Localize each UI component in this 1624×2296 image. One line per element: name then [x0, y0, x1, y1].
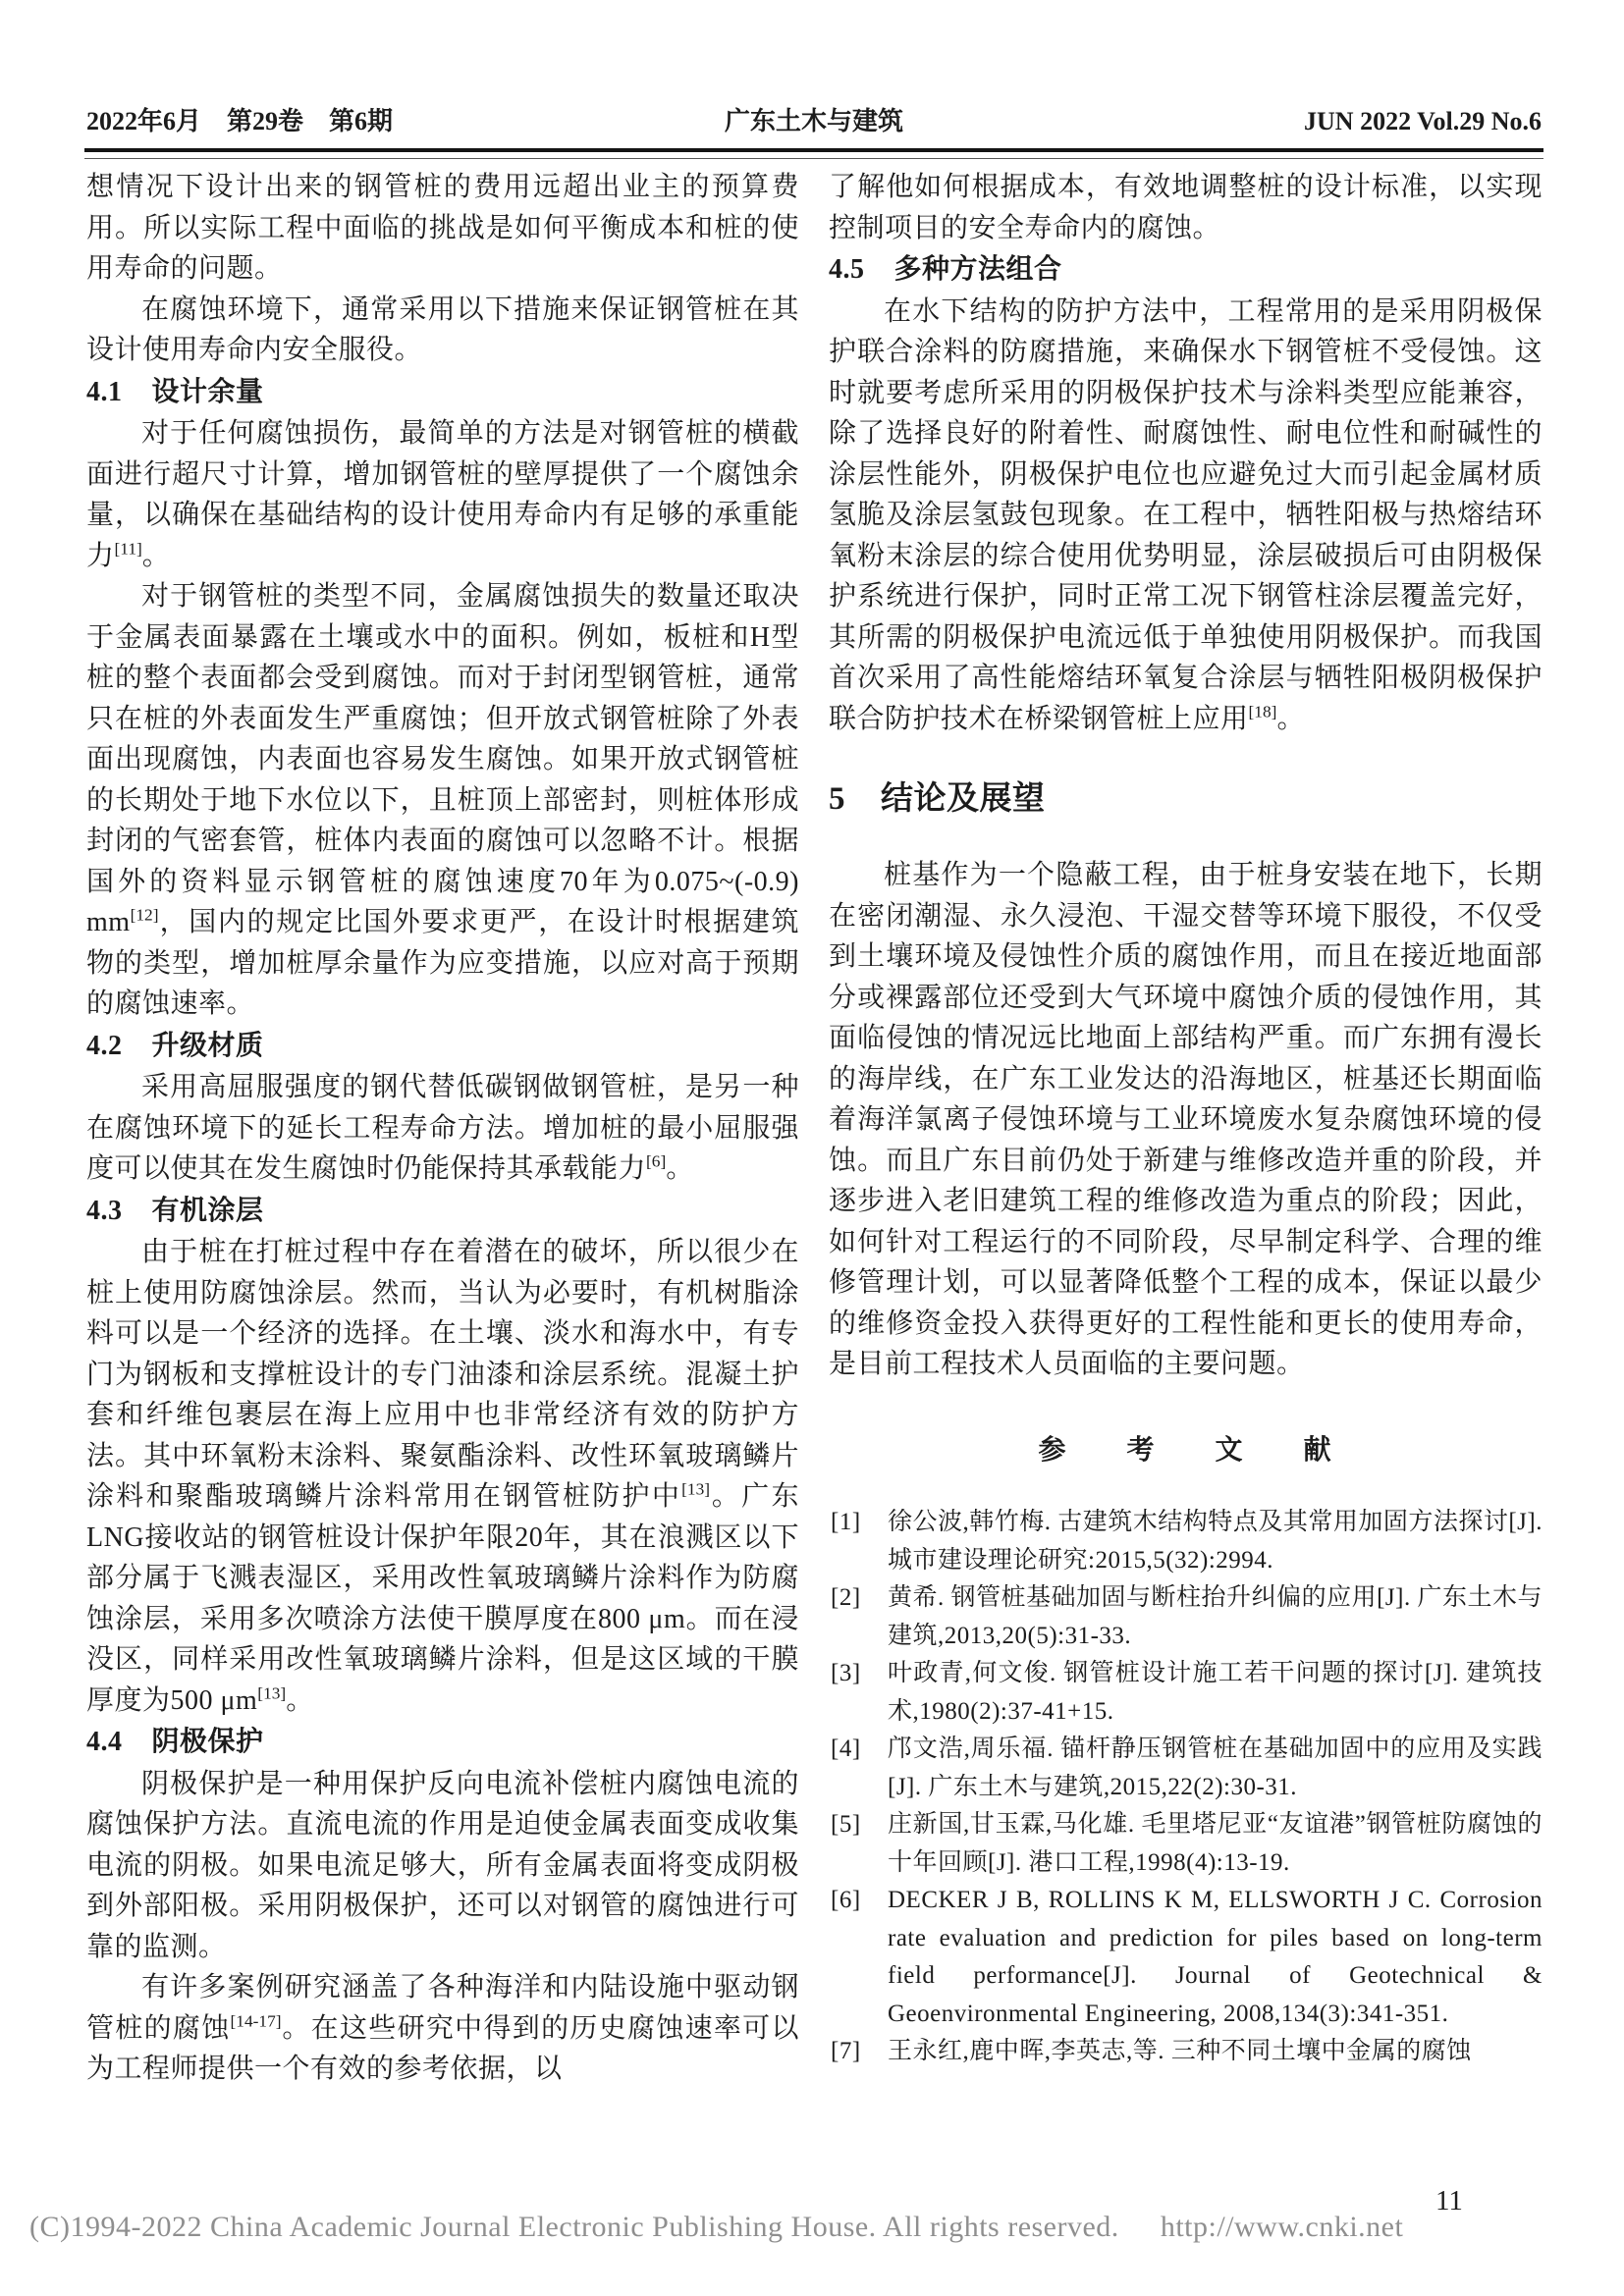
copyright-footer: (C)1994-2022 China Academic Journal Elec… [29, 2211, 1600, 2244]
section-number: 4.2 [86, 1031, 123, 1061]
body-paragraph: 对于任何腐蚀损伤，最简单的方法是对钢管桩的横截面进行超尺寸计算，增加钢管桩的壁厚… [86, 413, 799, 576]
body-paragraph: 了解他如何根据成本，有效地调整桩的设计标准，以实现控制项目的安全寿命内的腐蚀。 [829, 167, 1543, 248]
body-paragraph: 有许多案例研究涵盖了各种海洋和内陆设施中驱动钢管桩的腐蚀[14-17]。在这些研… [86, 1967, 799, 2090]
reference-text: 庄新国,甘玉霖,马化雄. 毛里塔尼亚“友谊港”钢管桩防腐蚀的十年回顾[J]. 港… [888, 1806, 1543, 1882]
section-number: 4.1 [86, 377, 123, 407]
section-number: 4.3 [86, 1196, 123, 1226]
references-heading: 参 考 文 献 [829, 1430, 1543, 1471]
section-title: 多种方法组合 [894, 254, 1062, 285]
section-number: 4.5 [829, 254, 865, 285]
copyright-text: (C)1994-2022 China Academic Journal Elec… [29, 2211, 1119, 2243]
reference-item: [4]邝文浩,周乐福. 锚杆静压钢管桩在基础加固中的应用及实践[J]. 广东土木… [829, 1731, 1543, 1806]
section-title: 升级材质 [152, 1031, 264, 1061]
chapter-heading: 5结论及展望 [829, 778, 1543, 820]
issue-info-en: JUN 2022 Vol.29 No.6 [1304, 104, 1542, 139]
right-column: 了解他如何根据成本，有效地调整桩的设计标准，以实现控制项目的安全寿命内的腐蚀。4… [829, 167, 1543, 2071]
section-title: 结论及展望 [881, 781, 1046, 817]
reference-item: [7]王永红,鹿中晖,李英志,等. 三种不同土壤中金属的腐蚀 [829, 2033, 1543, 2071]
body-paragraph: 在水下结构的防护方法中，工程常用的是采用阴极保护联合涂料的防腐措施，来确保水下钢… [829, 292, 1543, 740]
section-heading: 4.4阴极保护 [86, 1722, 799, 1763]
header-rule-thin [84, 158, 1543, 159]
reference-number: [7] [831, 2033, 861, 2071]
running-head: 2022年6月 第29卷 第6期 广东土木与建筑 JUN 2022 Vol.29… [86, 104, 1542, 139]
body-paragraph: 阴极保护是一种用保护反向电流补偿桩内腐蚀电流的腐蚀保护方法。直流电流的作用是迫使… [86, 1764, 799, 1968]
reference-item: [1]徐公波,韩竹梅. 古建筑木结构特点及其常用加固方法探讨[J]. 城市建设理… [829, 1504, 1543, 1579]
reference-number: [1] [831, 1504, 861, 1542]
header-rule [84, 148, 1543, 152]
reference-number: [3] [831, 1655, 861, 1693]
reference-number: [6] [831, 1882, 861, 1920]
reference-item: [3]叶政青,何文俊. 钢管桩设计施工若干问题的探讨[J]. 建筑技术,1980… [829, 1655, 1543, 1731]
section-heading: 4.3有机涂层 [86, 1191, 799, 1232]
section-title: 有机涂层 [152, 1196, 264, 1226]
reference-number: [2] [831, 1579, 861, 1618]
body-paragraph: 桩基作为一个隐蔽工程，由于桩身安装在地下，长期在密闭潮湿、永久浸泡、干湿交替等环… [829, 855, 1543, 1385]
reference-number: [5] [831, 1806, 861, 1844]
section-number: 5 [829, 781, 845, 817]
reference-item: [2]黄希. 钢管桩基础加固与断柱抬升纠偏的应用[J]. 广东土木与建筑,201… [829, 1579, 1543, 1655]
reference-item: [6]DECKER J B, ROLLINS K M, ELLSWORTH J … [829, 1882, 1543, 2033]
section-number: 4.4 [86, 1727, 123, 1757]
section-title: 设计余量 [152, 377, 264, 407]
left-column: 想情况下设计出来的钢管桩的费用远超出业主的预算费用。所以实际工程中面临的挑战是如… [86, 167, 799, 2090]
reference-text: 邝文浩,周乐福. 锚杆静压钢管桩在基础加固中的应用及实践[J]. 广东土木与建筑… [888, 1731, 1543, 1806]
section-heading: 4.5多种方法组合 [829, 249, 1543, 291]
section-heading: 4.2升级材质 [86, 1026, 799, 1067]
body-paragraph: 采用高屈服强度的钢代替低碳钢做钢管桩，是另一种在腐蚀环境下的延长工程寿命方法。增… [86, 1067, 799, 1190]
reference-item: [5]庄新国,甘玉霖,马化雄. 毛里塔尼亚“友谊港”钢管桩防腐蚀的十年回顾[J]… [829, 1806, 1543, 1882]
reference-number: [4] [831, 1731, 861, 1769]
section-title: 阴极保护 [152, 1727, 264, 1757]
reference-text: 徐公波,韩竹梅. 古建筑木结构特点及其常用加固方法探讨[J]. 城市建设理论研究… [888, 1504, 1543, 1579]
reference-text: 王永红,鹿中晖,李英志,等. 三种不同土壤中金属的腐蚀 [888, 2033, 1543, 2071]
body-paragraph: 想情况下设计出来的钢管桩的费用远超出业主的预算费用。所以实际工程中面临的挑战是如… [86, 167, 799, 290]
reference-text: 黄希. 钢管桩基础加固与断柱抬升纠偏的应用[J]. 广东土木与建筑,2013,2… [888, 1579, 1543, 1655]
reference-text: 叶政青,何文俊. 钢管桩设计施工若干问题的探讨[J]. 建筑技术,1980(2)… [888, 1655, 1543, 1731]
journal-page: 2022年6月 第29卷 第6期 广东土木与建筑 JUN 2022 Vol.29… [0, 0, 1624, 2296]
body-paragraph: 由于桩在打桩过程中存在着潜在的破坏，所以很少在桩上使用防腐蚀涂层。然而，当认为必… [86, 1232, 799, 1721]
reference-text: DECKER J B, ROLLINS K M, ELLSWORTH J C. … [888, 1882, 1543, 2033]
body-paragraph: 在腐蚀环境下，通常采用以下措施来保证钢管桩在其设计使用寿命内安全服役。 [86, 290, 799, 371]
cnki-url: http://www.cnki.net [1161, 2211, 1404, 2243]
body-paragraph: 对于钢管桩的类型不同，金属腐蚀损失的数量还取决于金属表面暴露在土壤或水中的面积。… [86, 576, 799, 1025]
section-heading: 4.1设计余量 [86, 372, 799, 413]
